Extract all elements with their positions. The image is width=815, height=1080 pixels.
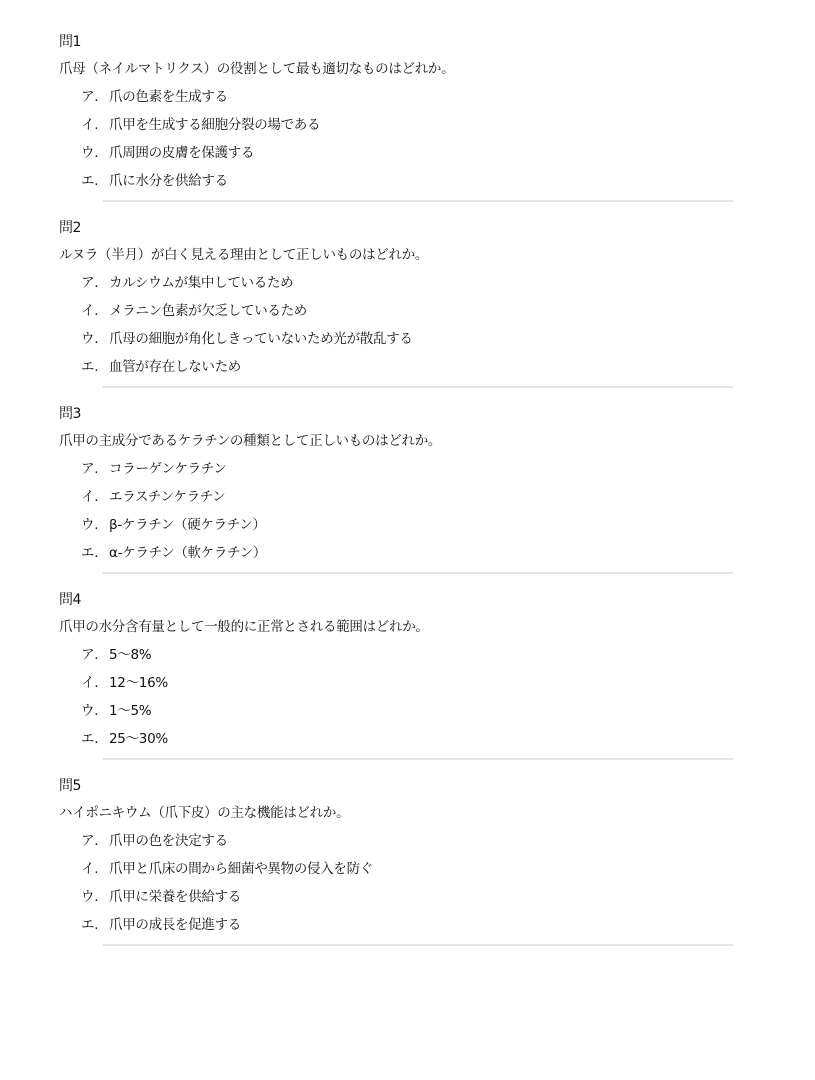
- option-marker: エ.: [81, 730, 109, 748]
- option-marker: イ.: [81, 302, 109, 320]
- option-u: ウ.1〜5%: [81, 702, 815, 720]
- option-text: 12〜16%: [109, 675, 168, 691]
- option-i: イ.爪甲を生成する細胞分裂の場である: [81, 116, 815, 134]
- options-list: ア.5〜8% イ.12〜16% ウ.1〜5% エ.25〜30%: [59, 646, 815, 748]
- question-number: 問3: [59, 405, 815, 423]
- options-list: ア.カルシウムが集中しているため イ.メラニン色素が欠乏しているため ウ.爪母の…: [59, 274, 815, 376]
- option-marker: ウ.: [81, 888, 109, 906]
- option-marker: ア.: [81, 646, 109, 664]
- question-3: 問3 爪甲の主成分であるケラチンの種類として正しいものはどれか。 ア.コラーゲン…: [59, 405, 815, 562]
- option-text: 爪甲の色を決定する: [109, 833, 228, 849]
- option-text: 爪甲に栄養を供給する: [109, 889, 241, 905]
- option-text: 爪母の細胞が角化しきっていないため光が散乱する: [109, 331, 413, 347]
- option-i: イ.エラスチンケラチン: [81, 488, 815, 506]
- question-text: ルヌラ（半月）が白く見える理由として正しいものはどれか。: [59, 246, 815, 264]
- question-text: 爪母（ネイルマトリクス）の役割として最も適切なものはどれか。: [59, 60, 815, 78]
- option-marker: ウ.: [81, 516, 109, 534]
- option-e: エ.爪に水分を供給する: [81, 172, 815, 190]
- option-u: ウ.β-ケラチン（硬ケラチン）: [81, 516, 815, 534]
- option-text: 1〜5%: [109, 703, 151, 719]
- options-list: ア.爪甲の色を決定する イ.爪甲と爪床の間から細菌や異物の侵入を防ぐ ウ.爪甲に…: [59, 832, 815, 934]
- option-marker: イ.: [81, 860, 109, 878]
- question-number: 問2: [59, 219, 815, 237]
- divider: [103, 572, 733, 574]
- option-text: 25〜30%: [109, 731, 168, 747]
- options-list: ア.コラーゲンケラチン イ.エラスチンケラチン ウ.β-ケラチン（硬ケラチン） …: [59, 460, 815, 562]
- option-marker: エ.: [81, 544, 109, 562]
- question-number: 問1: [59, 33, 815, 51]
- option-a: ア.5〜8%: [81, 646, 815, 664]
- question-number: 問4: [59, 591, 815, 609]
- option-marker: イ.: [81, 674, 109, 692]
- divider: [103, 386, 733, 388]
- option-marker: ウ.: [81, 702, 109, 720]
- option-text: 5〜8%: [109, 647, 151, 663]
- option-text: メラニン色素が欠乏しているため: [109, 303, 307, 319]
- question-1: 問1 爪母（ネイルマトリクス）の役割として最も適切なものはどれか。 ア.爪の色素…: [59, 33, 815, 190]
- divider: [103, 200, 733, 202]
- option-text: 爪甲の成長を促進する: [109, 917, 241, 933]
- option-text: コラーゲンケラチン: [109, 461, 227, 477]
- question-text: ハイポニキウム（爪下皮）の主な機能はどれか。: [59, 804, 815, 822]
- option-marker: イ.: [81, 116, 109, 134]
- option-text: 爪甲と爪床の間から細菌や異物の侵入を防ぐ: [109, 861, 373, 877]
- option-text: 血管が存在しないため: [109, 359, 241, 375]
- option-a: ア.カルシウムが集中しているため: [81, 274, 815, 292]
- option-e: エ.α-ケラチン（軟ケラチン）: [81, 544, 815, 562]
- question-text: 爪甲の主成分であるケラチンの種類として正しいものはどれか。: [59, 432, 815, 450]
- option-marker: イ.: [81, 488, 109, 506]
- option-text: 爪に水分を供給する: [109, 173, 228, 189]
- option-u: ウ.爪周囲の皮膚を保護する: [81, 144, 815, 162]
- option-e: エ.血管が存在しないため: [81, 358, 815, 376]
- question-text: 爪甲の水分含有量として一般的に正常とされる範囲はどれか。: [59, 618, 815, 636]
- quiz-page: 問1 爪母（ネイルマトリクス）の役割として最も適切なものはどれか。 ア.爪の色素…: [0, 0, 815, 946]
- option-i: イ.12〜16%: [81, 674, 815, 692]
- divider: [103, 944, 733, 946]
- option-a: ア.爪甲の色を決定する: [81, 832, 815, 850]
- option-marker: ア.: [81, 88, 109, 106]
- option-e: エ.25〜30%: [81, 730, 815, 748]
- question-5: 問5 ハイポニキウム（爪下皮）の主な機能はどれか。 ア.爪甲の色を決定する イ.…: [59, 777, 815, 934]
- option-marker: ア.: [81, 274, 109, 292]
- option-text: α-ケラチン（軟ケラチン）: [109, 545, 266, 561]
- option-marker: エ.: [81, 172, 109, 190]
- option-a: ア.爪の色素を生成する: [81, 88, 815, 106]
- question-number: 問5: [59, 777, 815, 795]
- option-text: カルシウムが集中しているため: [109, 275, 293, 291]
- option-text: 爪周囲の皮膚を保護する: [109, 145, 254, 161]
- option-text: 爪甲を生成する細胞分裂の場である: [109, 117, 320, 133]
- option-marker: エ.: [81, 358, 109, 376]
- question-2: 問2 ルヌラ（半月）が白く見える理由として正しいものはどれか。 ア.カルシウムが…: [59, 219, 815, 376]
- option-text: β-ケラチン（硬ケラチン）: [109, 517, 266, 533]
- option-e: エ.爪甲の成長を促進する: [81, 916, 815, 934]
- divider: [103, 758, 733, 760]
- option-text: 爪の色素を生成する: [109, 89, 228, 105]
- question-4: 問4 爪甲の水分含有量として一般的に正常とされる範囲はどれか。 ア.5〜8% イ…: [59, 591, 815, 748]
- option-u: ウ.爪甲に栄養を供給する: [81, 888, 815, 906]
- option-marker: エ.: [81, 916, 109, 934]
- option-marker: ウ.: [81, 330, 109, 348]
- option-a: ア.コラーゲンケラチン: [81, 460, 815, 478]
- option-marker: ウ.: [81, 144, 109, 162]
- option-marker: ア.: [81, 460, 109, 478]
- options-list: ア.爪の色素を生成する イ.爪甲を生成する細胞分裂の場である ウ.爪周囲の皮膚を…: [59, 88, 815, 190]
- option-marker: ア.: [81, 832, 109, 850]
- option-i: イ.メラニン色素が欠乏しているため: [81, 302, 815, 320]
- option-u: ウ.爪母の細胞が角化しきっていないため光が散乱する: [81, 330, 815, 348]
- option-i: イ.爪甲と爪床の間から細菌や異物の侵入を防ぐ: [81, 860, 815, 878]
- option-text: エラスチンケラチン: [109, 489, 226, 505]
